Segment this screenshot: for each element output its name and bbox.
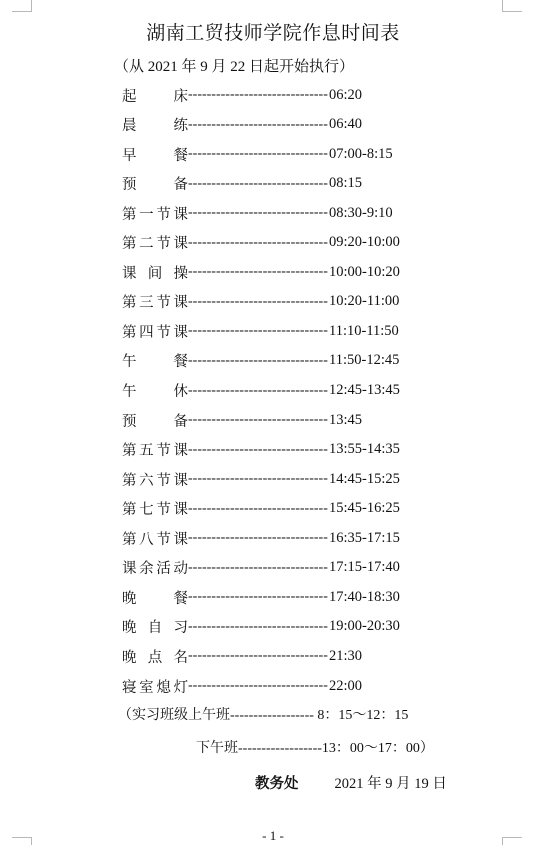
leader-dashes: ------------------------------ [188,87,329,103]
label-char: 起 [122,85,137,106]
label-char: 节 [156,291,171,312]
schedule-time: 13:45 [329,412,362,429]
label-char: 节 [156,203,171,224]
leader-dashes: ------------------------------ [188,589,329,605]
schedule-activity-label: 第二节课 [122,232,188,253]
internship-afternoon-label: 下午班 [196,740,238,756]
schedule-time: 06:20 [329,87,362,104]
label-char: 课 [122,262,137,283]
schedule-activity-label: 晚餐 [122,587,188,608]
schedule-row: 课间操------------------------------10:00-1… [122,261,400,283]
corner-mark-top-right [502,0,522,12]
internship-afternoon-time: 13：00～17：00） [322,741,434,756]
label-char: 第 [122,321,137,342]
leader-dashes: ------------------------------ [188,442,329,458]
schedule-time: 15:45-16:25 [329,500,400,517]
leader-dashes: ------------------------------ [188,353,329,369]
label-char: 自 [148,616,163,637]
schedule-time: 14:45-15:25 [329,471,400,488]
leader-dashes: ------------------------------ [188,648,329,664]
internship-afternoon-shift: 下午班------------------13：00～17：00） [196,737,434,757]
label-char: 课 [173,469,188,490]
leader-dashes: ------------------------------ [188,530,329,546]
label-char: 餐 [174,587,189,608]
label-char: 一 [139,203,154,224]
label-char: 节 [156,498,171,519]
label-char: 课 [173,528,188,549]
leader-dashes: ------------------------------ [188,264,329,280]
schedule-row: 预备------------------------------13:45 [122,409,362,431]
leader-dashes: ------------------------------ [188,501,329,517]
leader-dashes: ------------------------------ [188,412,329,428]
schedule-row: 晚点名------------------------------21:30 [122,645,362,667]
schedule-activity-label: 起床 [122,85,188,106]
label-char: 午 [122,350,137,371]
schedule-row: 晨练------------------------------06:40 [122,114,362,136]
label-char: 餐 [174,350,189,371]
label-char: 课 [173,498,188,519]
label-char: 预 [122,410,137,431]
schedule-activity-label: 课间操 [122,262,188,283]
label-char: 四 [139,321,154,342]
schedule-time: 12:45-13:45 [329,382,400,399]
label-char: 室 [139,676,154,697]
label-char: 五 [139,439,154,460]
schedule-row: 第一节课------------------------------08:30-… [122,202,393,224]
schedule-row: 午餐------------------------------11:50-12… [122,350,399,372]
label-char: 第 [122,232,137,253]
leader-dashes: ------------------------------ [188,235,329,251]
schedule-row: 晚自习------------------------------19:00-2… [122,616,400,638]
leader-dashes: ------------------------------ [188,471,329,487]
schedule-row: 第四节课------------------------------11:10-… [122,320,399,342]
label-char: 三 [139,291,154,312]
schedule-activity-label: 寝室熄灯 [122,676,188,697]
schedule-time: 08:30-9:10 [329,205,393,222]
schedule-activity-label: 晚自习 [122,616,188,637]
label-char: 节 [156,528,171,549]
label-char: 余 [139,557,154,578]
schedule-time: 16:35-17:15 [329,530,400,547]
schedule-activity-label: 第七节课 [122,498,188,519]
label-char: 预 [122,173,137,194]
schedule-activity-label: 晨练 [122,114,188,135]
label-char: 床 [174,85,189,106]
schedule-activity-label: 第一节课 [122,203,188,224]
schedule-activity-label: 第四节课 [122,321,188,342]
internship-morning-time: 8：15～12：15 [317,708,408,723]
schedule-activity-label: 预备 [122,410,188,431]
schedule-time: 07:00-8:15 [329,146,393,163]
schedule-row: 课余活动------------------------------17:15-… [122,557,400,579]
label-char: 八 [139,528,154,549]
schedule-time: 08:15 [329,175,362,192]
label-char: 第 [122,203,137,224]
label-char: 活 [156,557,171,578]
schedule-row: 晚餐------------------------------17:40-18… [122,586,400,608]
corner-mark-top-left [12,0,32,12]
label-char: 节 [156,321,171,342]
label-char: 寝 [122,676,137,697]
leader-dashes: ------------------------------ [188,294,329,310]
label-char: 餐 [174,144,189,165]
label-char: 早 [122,144,137,165]
label-char: 备 [174,173,189,194]
label-char: 名 [174,646,189,667]
leader-dashes: ------------------------------ [188,205,329,221]
schedule-row: 早餐------------------------------07:00-8:… [122,143,393,165]
schedule-time: 13:55-14:35 [329,441,400,458]
label-char: 课 [173,232,188,253]
label-char: 习 [174,616,189,637]
schedule-activity-label: 预备 [122,173,188,194]
label-char: 操 [174,262,189,283]
label-char: 第 [122,528,137,549]
label-char: 课 [173,439,188,460]
label-char: 节 [156,469,171,490]
document-title: 湖南工贸技师学院作息时间表 [0,18,546,45]
schedule-time: 06:40 [329,116,362,133]
schedule-activity-label: 午餐 [122,350,188,371]
internship-morning-dashes: ------------------ [230,708,317,723]
label-char: 间 [148,262,163,283]
schedule-activity-label: 第六节课 [122,469,188,490]
label-char: 晨 [122,114,137,135]
label-char: 七 [139,498,154,519]
schedule-activity-label: 第五节课 [122,439,188,460]
label-char: 动 [173,557,188,578]
label-char: 课 [173,203,188,224]
page-number: - 1 - [0,828,546,844]
issuing-department: 教务处 [255,776,299,792]
signature-line: 教务处2021 年 9 月 19 日 [255,772,447,793]
leader-dashes: ------------------------------ [188,560,329,576]
label-char: 晚 [122,616,137,637]
schedule-row: 第五节课------------------------------13:55-… [122,439,400,461]
leader-dashes: ------------------------------ [188,678,329,694]
schedule-time: 17:15-17:40 [329,559,400,576]
label-char: 课 [173,321,188,342]
label-char: 午 [122,380,137,401]
label-char: 练 [174,114,189,135]
document-subtitle: （从 2021 年 9 月 22 日起开始执行） [114,55,354,76]
schedule-row: 第二节课------------------------------09:20-… [122,232,400,254]
schedule-time: 22:00 [329,678,362,695]
schedule-row: 第三节课------------------------------10:20-… [122,291,399,313]
schedule-time: 21:30 [329,648,362,665]
issue-date: 2021 年 9 月 19 日 [335,776,447,792]
label-char: 熄 [156,676,171,697]
schedule-activity-label: 晚点名 [122,646,188,667]
label-char: 灯 [173,676,188,697]
label-char: 六 [139,469,154,490]
label-char: 第 [122,469,137,490]
schedule-row: 午休------------------------------12:45-13… [122,380,400,402]
schedule-row: 第六节课------------------------------14:45-… [122,468,400,490]
schedule-time: 11:10-11:50 [329,323,399,340]
schedule-row: 寝室熄灯------------------------------22:00 [122,675,362,697]
label-char: 第 [122,439,137,460]
label-char: 课 [122,557,137,578]
label-char: 课 [173,291,188,312]
internship-morning-label: （实习班级上午班 [118,707,230,723]
schedule-row: 第八节课------------------------------16:35-… [122,527,400,549]
schedule-row: 第七节课------------------------------15:45-… [122,498,400,520]
schedule-activity-label: 第八节课 [122,528,188,549]
schedule-activity-label: 课余活动 [122,557,188,578]
schedule-activity-label: 第三节课 [122,291,188,312]
label-char: 第 [122,498,137,519]
label-char: 第 [122,291,137,312]
internship-morning-shift: （实习班级上午班------------------ 8：15～12：15 [118,704,408,724]
label-char: 二 [139,232,154,253]
leader-dashes: ------------------------------ [188,176,329,192]
internship-afternoon-dashes: ------------------ [238,741,322,756]
label-char: 休 [174,380,189,401]
label-char: 晚 [122,587,137,608]
schedule-time: 11:50-12:45 [329,352,399,369]
schedule-row: 起床------------------------------06:20 [122,84,362,106]
schedule-time: 10:20-11:00 [329,293,399,310]
label-char: 节 [156,232,171,253]
schedule-activity-label: 午休 [122,380,188,401]
schedule-row: 预备------------------------------08:15 [122,173,362,195]
leader-dashes: ------------------------------ [188,383,329,399]
leader-dashes: ------------------------------ [188,323,329,339]
schedule-time: 19:00-20:30 [329,618,400,635]
label-char: 备 [174,410,189,431]
label-char: 节 [156,439,171,460]
leader-dashes: ------------------------------ [188,146,329,162]
schedule-time: 09:20-10:00 [329,234,400,251]
label-char: 点 [148,646,163,667]
schedule-time: 10:00-10:20 [329,264,400,281]
schedule-time: 17:40-18:30 [329,589,400,606]
label-char: 晚 [122,646,137,667]
leader-dashes: ------------------------------ [188,117,329,133]
schedule-activity-label: 早餐 [122,144,188,165]
leader-dashes: ------------------------------ [188,619,329,635]
